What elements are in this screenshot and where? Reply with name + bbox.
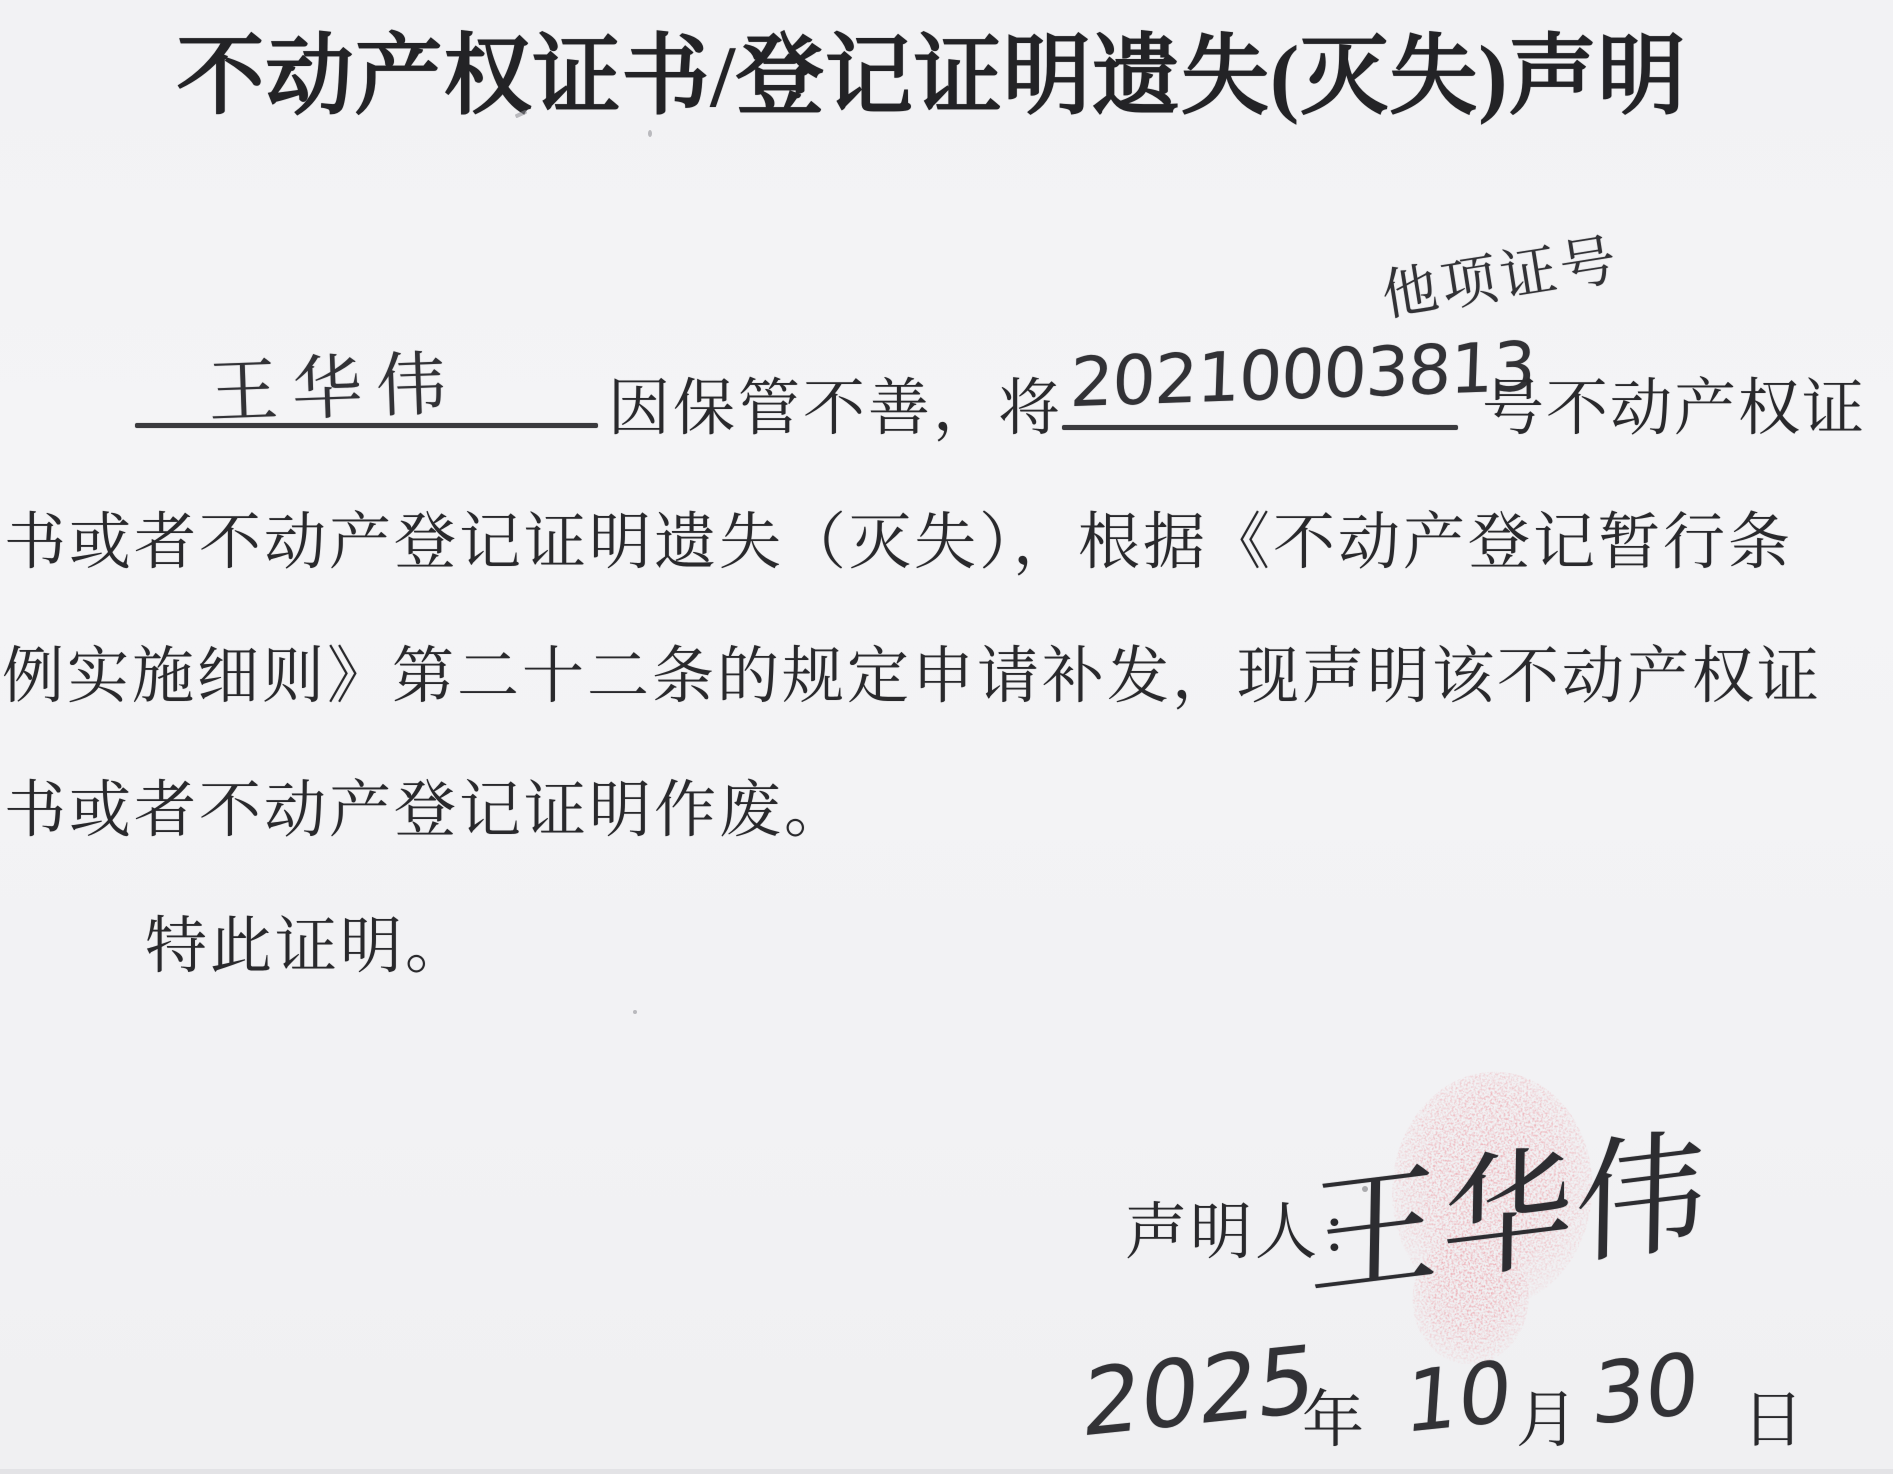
- body-line2: 书或者不动产登记证明遗失（灭失），根据《不动产登记暂行条: [4, 492, 1793, 581]
- scan-speck: [633, 1010, 637, 1014]
- line1-printed-before-number: 因保管不善，将: [608, 358, 1063, 447]
- body-line4: 书或者不动产登记证明作废。: [4, 760, 849, 849]
- declarant-signature-handwritten: 王华伟: [1308, 1083, 1710, 1324]
- certificate-number-handwritten: 20210003813: [1069, 328, 1536, 423]
- date-year-unit: 年: [1302, 1370, 1367, 1459]
- document-title: 不动产权证书/登记证明遗失(灭失)声明: [0, 6, 1893, 132]
- scan-speck: [648, 130, 652, 137]
- date-month-unit: 月: [1516, 1370, 1581, 1459]
- scan-edge-shade: [0, 1469, 1893, 1474]
- line1-printed-after-number: 号不动产权证: [1482, 358, 1866, 447]
- body-line3: 例实施细则》第二十二条的规定申请补发，现声明该不动产权证: [2, 626, 1822, 715]
- certificate-number-underline: [1062, 425, 1458, 430]
- closing-statement: 特此证明。: [145, 896, 470, 985]
- date-day-unit: 日: [1742, 1370, 1807, 1459]
- date-day-handwritten: 30: [1589, 1334, 1702, 1444]
- declarant-name-handwritten: 王华伟: [206, 328, 461, 438]
- number-annotation-handwritten: 他项证号: [1375, 215, 1625, 332]
- scanned-declaration-document: 不动产权证书/登记证明遗失(灭失)声明 王华伟 因保管不善，将 20210003…: [0, 0, 1893, 1474]
- date-year-handwritten: 2025: [1079, 1325, 1319, 1458]
